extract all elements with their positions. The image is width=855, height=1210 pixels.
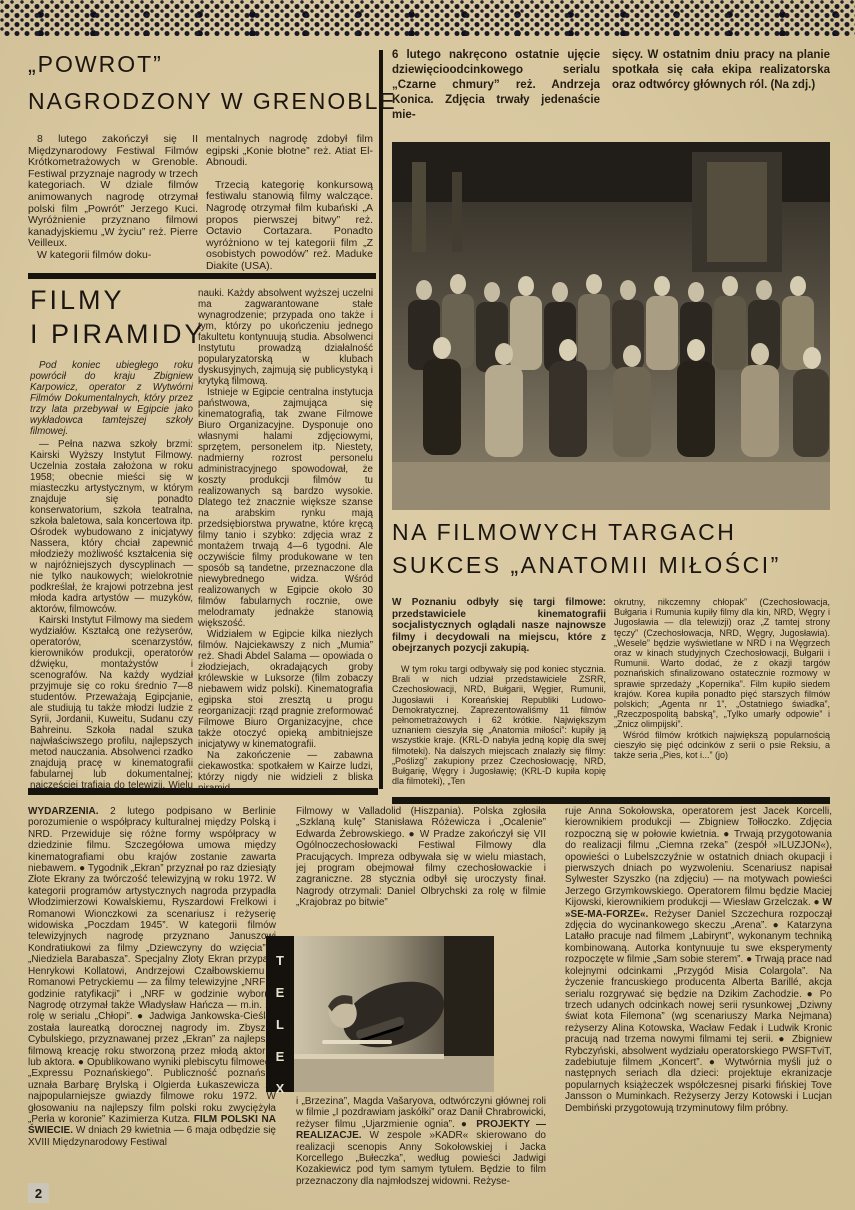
paragraph: 8 lutego zakończył się II Międzynarodowy… [28, 134, 198, 250]
paragraph: — Pełna nazwa szkoły brzmi: Kairski Wyżs… [30, 439, 193, 615]
paragraph: sięcy. W ostatnim dniu pracy na planie s… [612, 48, 830, 93]
magazine-page: „POWROT” NAGRODZONY W GRENOBLE 8 lutego … [0, 0, 855, 1210]
paragraph: 6 lutego nakręcono ostatnie ujęcie dziew… [392, 48, 600, 123]
body-text: ruje Anna Sokołowska, operatorem jest Ja… [565, 806, 832, 908]
title-line: SUKCES „ANATOMII MIŁOŚCI” [392, 549, 781, 582]
paragraph: W kategorii filmów doku- [28, 250, 198, 262]
paragraph: Na zakończenie — zabawna ciekawostka: sp… [198, 750, 373, 788]
paragraph: nauki. Każdy absolwent wyższej uczelni m… [198, 288, 373, 387]
paragraph: Wśród filmów krótkich największą popular… [614, 730, 830, 761]
lead-paragraph: Pod koniec ubiegłego roku powrócił do kr… [30, 360, 193, 437]
section-divider [28, 788, 378, 795]
section-divider [392, 797, 830, 804]
paragraph: W tym roku targi odbywały się pod koniec… [392, 664, 606, 786]
title-line: NAGRODZONY W GRENOBLE [28, 83, 397, 120]
paragraph: Filmowy w Valladolid (Hiszpania). Polska… [296, 806, 546, 909]
paragraph: okrutny, nikczemny chłopak” (Czechosłowa… [614, 597, 830, 730]
telex-label: T E L E X [266, 936, 294, 1092]
filmy-column-1: Pod koniec ubiegłego roku powrócił do kr… [30, 360, 193, 788]
wydarzenia-column-3: ruje Anna Sokołowska, operatorem jest Ja… [565, 806, 832, 1151]
article-title-targi: NA FILMOWYCH TARGACH SUKCES „ANATOMII MI… [392, 516, 781, 582]
czarne-chmury-column-1: 6 lutego nakręcono ostatnie ujęcie dziew… [392, 48, 600, 136]
telex-letter: E [266, 1049, 294, 1064]
photo-film-crew [392, 142, 830, 510]
title-line: NA FILMOWYCH TARGACH [392, 516, 781, 549]
telex-letter: T [266, 953, 294, 968]
body-text: 2 lutego podpisano w Berlinie porozumien… [28, 806, 276, 1125]
title-line: I PIRAMIDY [30, 317, 206, 351]
halftone-header-band [0, 0, 855, 36]
title-line: FILMY [30, 283, 206, 317]
body-text: Reżyser Daniel Szczechura rozpoczął zdję… [565, 909, 832, 1114]
paragraph: mentalnych nagrodę zdobył film egipski „… [206, 134, 373, 169]
telex-letter: L [266, 1017, 294, 1032]
paragraph: ruje Anna Sokołowska, operatorem jest Ja… [565, 806, 832, 1114]
wydarzenia-column-2-bottom: i „Brzezina”, Magda Vašaryova, odtwórczy… [296, 1096, 546, 1188]
paragraph: Widziałem w Egipcie kilka niezłych filmó… [198, 629, 373, 750]
targi-column-2: okrutny, nikczemny chłopak” (Czechosłowa… [614, 597, 830, 793]
paragraph: Trzecią kategorię konkursową festiwalu s… [206, 180, 373, 272]
filmy-column-2: nauki. Każdy absolwent wyższej uczelni m… [198, 288, 373, 788]
czarne-chmury-column-2: sięcy. W ostatnim dniu pracy na planie s… [612, 48, 830, 136]
photo-sylwester-szyszko [294, 936, 494, 1092]
targi-column-1: W Poznaniu odbyły się targi filmowe: prz… [392, 597, 606, 793]
paragraph: Kairski Instytut Filmowy ma siedem wydzi… [30, 615, 193, 788]
wydarzenia-column-1: WYDARZENIA. 2 lutego podpisano w Berlini… [28, 806, 276, 1186]
telex-letter: X [266, 1081, 294, 1096]
paragraph: i „Brzezina”, Magda Vašaryova, odtwórczy… [296, 1096, 546, 1187]
telex-letter: E [266, 985, 294, 1000]
section-label: WYDARZENIA. [28, 806, 99, 817]
grenoble-column-2: mentalnych nagrodę zdobył film egipski „… [206, 134, 373, 272]
vertical-rule [379, 50, 383, 789]
wydarzenia-column-2-top: Filmowy w Valladolid (Hiszpania). Polska… [296, 806, 546, 934]
article-title-grenoble: „POWROT” NAGRODZONY W GRENOBLE [28, 46, 397, 120]
article-title-filmy: FILMY I PIRAMIDY [30, 283, 206, 351]
paragraph: W Poznaniu odbyły się targi filmowe: prz… [392, 597, 606, 655]
page-number: 2 [28, 1183, 49, 1203]
section-divider [28, 273, 376, 279]
paragraph: WYDARZENIA. 2 lutego podpisano w Berlini… [28, 806, 276, 1148]
grenoble-column-1: 8 lutego zakończył się II Międzynarodowy… [28, 134, 198, 272]
title-line: „POWROT” [28, 46, 397, 83]
paragraph: Istnieje w Egipcie centralna instytucja … [198, 387, 373, 629]
